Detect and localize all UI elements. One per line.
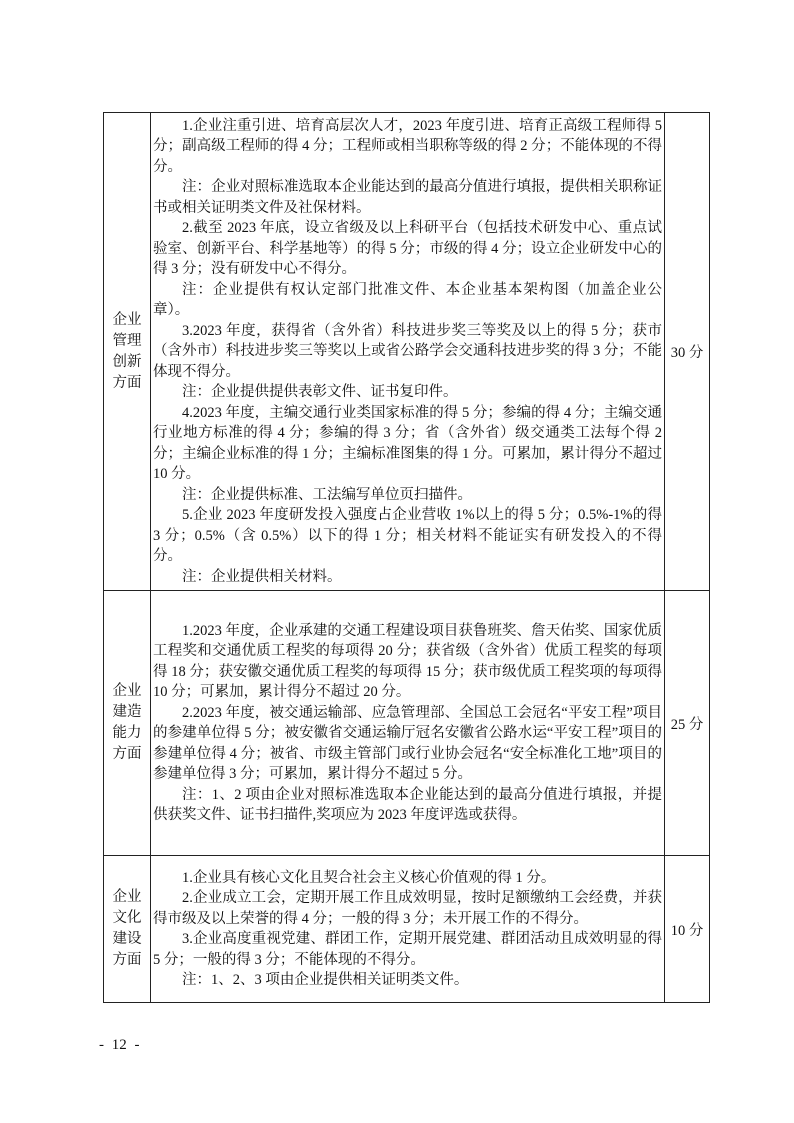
table-row-construction-capability: 企业 建造 能力 方面 1.2023 年度，企业承建的交通工程建设项目获鲁班奖、… [104, 591, 710, 856]
criteria-note: 注：企业提供提供表彰文件、证书复印件。 [153, 382, 662, 403]
category-label-culture-building: 企业 文化 建设 方面 [104, 856, 151, 1003]
table-row-management-innovation: 企业 管理 创新 方面 1.企业注重引进、培育高层次人才，2023 年度引进、培… [104, 113, 710, 591]
criteria-note: 注：企业提供有权认定部门批准文件、本企业基本架构图（加盖企业公章）。 [153, 280, 662, 321]
category-label-management-innovation: 企业 管理 创新 方面 [104, 113, 151, 591]
criteria-cell-management-innovation: 1.企业注重引进、培育高层次人才，2023 年度引进、培育正高级工程师得 5 分… [151, 113, 665, 591]
criteria-note: 注：1、2、3 项由企业提供相关证明类文件。 [153, 970, 662, 991]
table-row-culture-building: 企业 文化 建设 方面 1.企业具有核心文化且契合社会主义核心价值观的得 1 分… [104, 856, 710, 1003]
criteria-note: 注：企业提供标准、工法编写单位页扫描件。 [153, 485, 662, 506]
category-label-construction-capability: 企业 建造 能力 方面 [104, 591, 151, 856]
criteria-paragraph: 2.2023 年度，被交通运输部、应急管理部、全国总工会冠名“平安工程”项目的参… [153, 703, 662, 785]
criteria-paragraph: 2.企业成立工会，定期开展工作且成效明显，按时足额缴纳工会经费，并获得市级及以上… [153, 888, 662, 929]
score-value-management-innovation: 30 分 [665, 113, 710, 591]
criteria-note: 注：企业对照标准选取本企业能达到的最高分值进行填报，提供相关职称证书或相关证明类… [153, 177, 662, 218]
criteria-paragraph: 3.企业高度重视党建、群团工作，定期开展党建、群团活动且成效明显的得 5 分；一… [153, 929, 662, 970]
criteria-paragraph: 1.企业注重引进、培育高层次人才，2023 年度引进、培育正高级工程师得 5 分… [153, 116, 662, 178]
document-page: 企业 管理 创新 方面 1.企业注重引进、培育高层次人才，2023 年度引进、培… [0, 0, 794, 1123]
criteria-cell-construction-capability: 1.2023 年度，企业承建的交通工程建设项目获鲁班奖、詹天佑奖、国家优质工程奖… [151, 591, 665, 856]
page-number: - 12 - [99, 1036, 140, 1054]
criteria-cell-culture-building: 1.企业具有核心文化且契合社会主义核心价值观的得 1 分。 2.企业成立工会，定… [151, 856, 665, 1003]
scoring-criteria-table: 企业 管理 创新 方面 1.企业注重引进、培育高层次人才，2023 年度引进、培… [103, 112, 710, 1003]
criteria-note: 注：企业提供相关材料。 [153, 567, 662, 588]
score-value-culture-building: 10 分 [665, 856, 710, 1003]
criteria-paragraph: 3.2023 年度，获得省（含外省）科技进步奖三等奖及以上的得 5 分；获市（含… [153, 321, 662, 383]
criteria-paragraph: 1.2023 年度，企业承建的交通工程建设项目获鲁班奖、詹天佑奖、国家优质工程奖… [153, 621, 662, 703]
criteria-paragraph: 2.截至 2023 年底，设立省级及以上科研平台（包括技术研发中心、重点试验室、… [153, 218, 662, 280]
score-value-construction-capability: 25 分 [665, 591, 710, 856]
criteria-paragraph: 5.企业 2023 年度研发投入强度占企业营收 1%以上的得 5 分；0.5%-… [153, 505, 662, 567]
criteria-note: 注：1、2 项由企业对照标准选取本企业能达到的最高分值进行填报，并提供获奖文件、… [153, 785, 662, 826]
criteria-paragraph: 1.企业具有核心文化且契合社会主义核心价值观的得 1 分。 [153, 868, 662, 889]
criteria-paragraph: 4.2023 年度，主编交通行业类国家标准的得 5 分；参编的得 4 分；主编交… [153, 403, 662, 485]
